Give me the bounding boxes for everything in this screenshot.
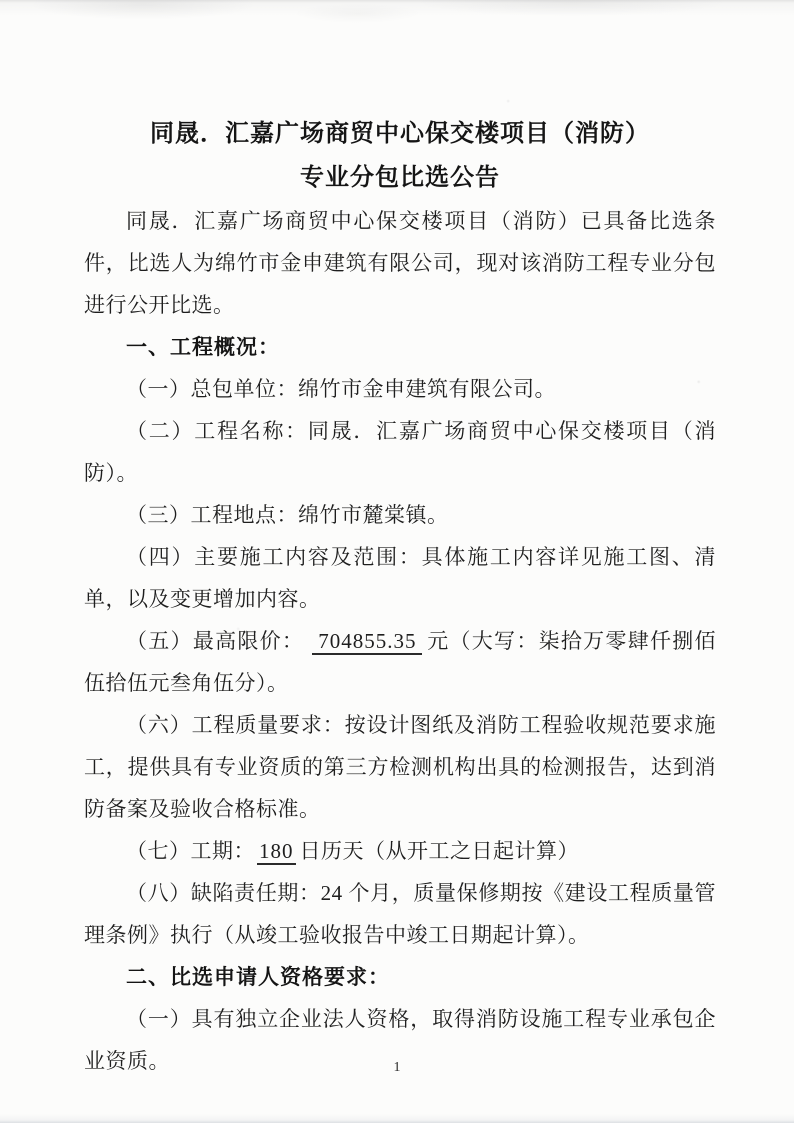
clause-text: （一）总包单位：绵竹市金申建筑有限公司。	[126, 377, 556, 401]
clause-general-contractor: （一）总包单位：绵竹市金申建筑有限公司。	[84, 368, 716, 410]
clause-text: （四）主要施工内容及范围：具体施工内容详见施工图、清单，以及变更增加内容。	[84, 545, 716, 611]
clause-text: （八）缺陷责任期：24 个月，质量保修期按《建设工程质量管理条例》执行（从竣工验…	[84, 881, 716, 947]
clause-defect-liability: （八）缺陷责任期：24 个月，质量保修期按《建设工程质量管理条例》执行（从竣工验…	[84, 872, 716, 956]
document-title: 同晟．汇嘉广场商贸中心保交楼项目（消防） 专业分包比选公告	[84, 112, 716, 200]
clause-text: （七）工期：	[126, 839, 255, 863]
document-title-line-2: 专业分包比选公告	[84, 156, 716, 200]
clause-construction-period: （七）工期：180日历天（从开工之日起计算）	[84, 830, 716, 872]
intro-paragraph: 同晟．汇嘉广场商贸中心保交楼项目（消防）已具备比选条件，比选人为绵竹市金申建筑有…	[84, 200, 716, 326]
clause-text: 日历天（从开工之日起计算）	[300, 839, 580, 863]
clause-text: （二）工程名称：同晟．汇嘉广场商贸中心保交楼项目（消防）。	[84, 419, 716, 485]
section-heading-applicant-qualifications: 二、比选申请人资格要求：	[84, 956, 716, 998]
clause-project-name: （二）工程名称：同晟．汇嘉广场商贸中心保交楼项目（消防）。	[84, 410, 716, 494]
max-price-value: 704855.35	[312, 629, 422, 655]
page-number: 1	[0, 1060, 794, 1076]
clause-text: （五）最高限价：	[126, 629, 304, 653]
document-title-line-1: 同晟．汇嘉广场商贸中心保交楼项目（消防）	[84, 112, 716, 156]
construction-period-value: 180	[257, 839, 296, 865]
clause-max-price: （五）最高限价：704855.35元（大写：柒拾万零肆仟捌佰伍拾伍元叁角伍分）。	[84, 620, 716, 704]
section-heading-project-overview: 一、工程概况：	[84, 326, 716, 368]
clause-quality-requirements: （六）工程质量要求：按设计图纸及消防工程验收规范要求施工，提供具有专业资质的第三…	[84, 704, 716, 830]
clause-text: （三）工程地点：绵竹市麓棠镇。	[126, 503, 449, 527]
clause-text: （六）工程质量要求：按设计图纸及消防工程验收规范要求施工，提供具有专业资质的第三…	[84, 713, 716, 821]
clause-construction-scope: （四）主要施工内容及范围：具体施工内容详见施工图、清单，以及变更增加内容。	[84, 536, 716, 620]
clause-project-location: （三）工程地点：绵竹市麓棠镇。	[84, 494, 716, 536]
document-content: 同晟．汇嘉广场商贸中心保交楼项目（消防） 专业分包比选公告 同晟．汇嘉广场商贸中…	[84, 112, 716, 1082]
document-page: 同晟．汇嘉广场商贸中心保交楼项目（消防） 专业分包比选公告 同晟．汇嘉广场商贸中…	[0, 0, 794, 1123]
